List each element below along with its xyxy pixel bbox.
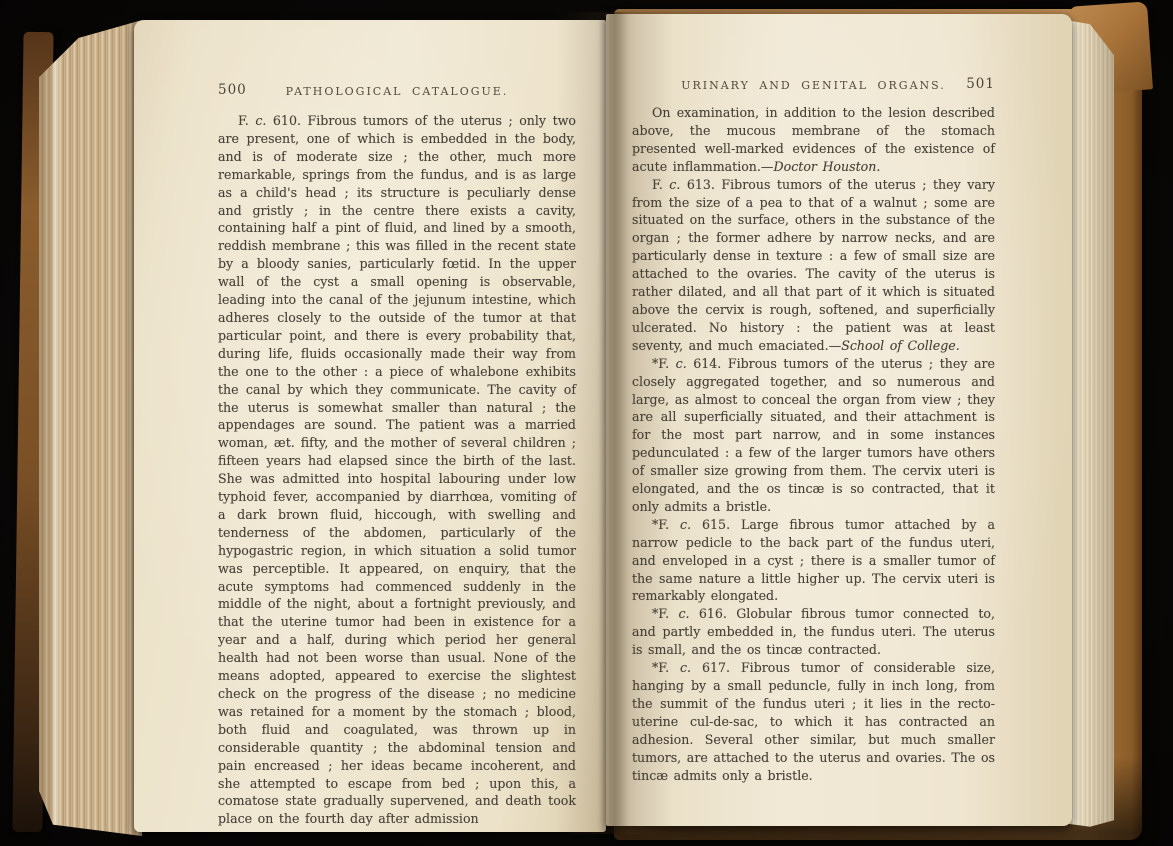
paragraph: *F. c. 615. Large fibrous tumor attached… xyxy=(632,516,995,606)
text-run: 617. Fibrous tumor of considerable size,… xyxy=(632,660,995,782)
text-run: *F. xyxy=(652,356,676,371)
text-run: c. xyxy=(669,177,680,192)
text-run: c. xyxy=(680,517,691,532)
right-page: URINARY AND GENITAL ORGANS. 501 On exami… xyxy=(606,14,1072,826)
running-header-left: PATHOLOGICAL CATALOGUE. xyxy=(218,85,576,98)
left-page-fore-edge-stack xyxy=(36,20,142,836)
paragraph: *F. c. 614. Fibrous tumors of the uterus… xyxy=(632,355,995,516)
text-run: F. xyxy=(238,113,255,128)
text-run: Doctor Houston. xyxy=(774,159,881,174)
paragraph: On examination, in addition to the lesio… xyxy=(632,104,995,176)
text-run: 610. Fibrous tumors of the uterus ; only… xyxy=(218,113,576,826)
running-header-right: URINARY AND GENITAL ORGANS. xyxy=(632,79,995,92)
text-run: F. xyxy=(652,177,669,192)
text-run: c. xyxy=(678,606,689,621)
text-run: c. xyxy=(676,356,687,371)
paragraph: F. c. 610. Fibrous tumors of the uterus … xyxy=(218,112,576,828)
right-page-fore-edge-stack xyxy=(1066,16,1114,830)
left-page-body: F. c. 610. Fibrous tumors of the uterus … xyxy=(218,112,576,828)
page-number-right: 501 xyxy=(966,76,995,92)
text-run: c. xyxy=(255,113,266,128)
text-run: *F. xyxy=(652,660,680,675)
text-run: 614. Fibrous tumors of the uterus ; they… xyxy=(632,356,995,514)
text-run: *F. xyxy=(652,517,680,532)
paragraph: F. c. 613. Fibrous tumors of the uterus … xyxy=(632,176,995,355)
text-run: 613. Fibrous tumors of the uterus ; they… xyxy=(632,177,995,353)
text-run: *F. xyxy=(652,606,678,621)
left-page: 500 PATHOLOGICAL CATALOGUE. F. c. 610. F… xyxy=(134,20,606,832)
paragraph: *F. c. 616. Globular fibrous tumor conne… xyxy=(632,605,995,659)
right-page-body: On examination, in addition to the lesio… xyxy=(632,104,995,784)
book-photo-scene: 500 PATHOLOGICAL CATALOGUE. F. c. 610. F… xyxy=(0,0,1173,846)
text-run: c. xyxy=(680,660,691,675)
text-run: School of College. xyxy=(841,338,960,353)
paragraph: *F. c. 617. Fibrous tumor of considerabl… xyxy=(632,659,995,784)
